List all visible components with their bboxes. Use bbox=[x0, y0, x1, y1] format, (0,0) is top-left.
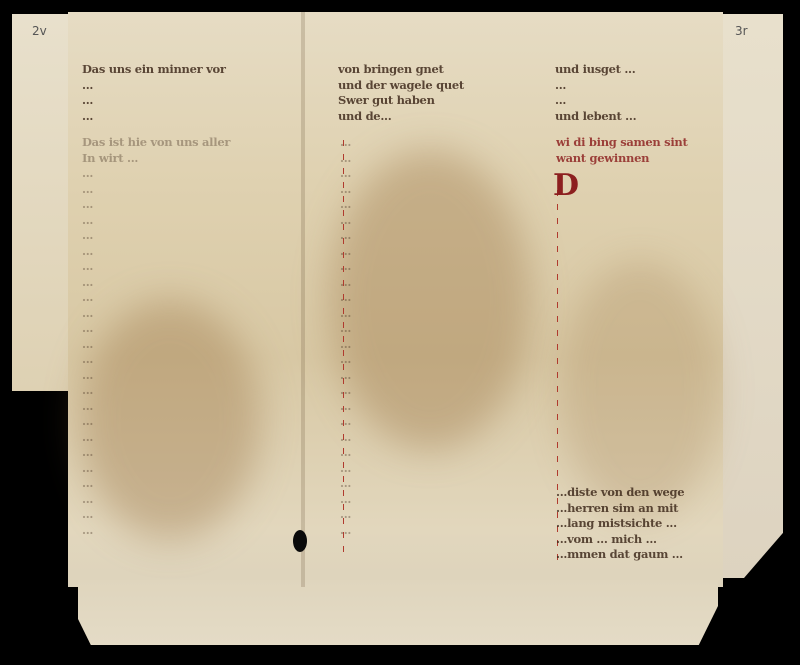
text-block-right-top: und iusget ... ... ... und lebent ... bbox=[555, 62, 690, 124]
left-stub bbox=[12, 14, 72, 391]
binding-hole bbox=[293, 530, 307, 552]
folio-number-right: 3r bbox=[735, 24, 748, 38]
rubric: wi di bing samen sint want gewinnen bbox=[556, 135, 726, 166]
bottom-margin bbox=[78, 580, 718, 645]
text-block-left-faded: Das ist hie von uns allerIn wirt .......… bbox=[82, 135, 262, 555]
text-block-middle-top: von bringen gnet und der wagele quet Swe… bbox=[338, 62, 518, 124]
text-block-left-top: Das uns ein minner vor ... ... ... bbox=[82, 62, 262, 124]
stain bbox=[560, 260, 720, 520]
text-block-right-bottom: ...diste von den wege ...herren sim an m… bbox=[556, 485, 731, 563]
gutter-fold bbox=[301, 12, 305, 587]
text-block-middle-faded: ........................................… bbox=[340, 135, 530, 555]
decorated-initial: D bbox=[553, 168, 579, 203]
folio-number-left: 2v bbox=[32, 24, 47, 38]
